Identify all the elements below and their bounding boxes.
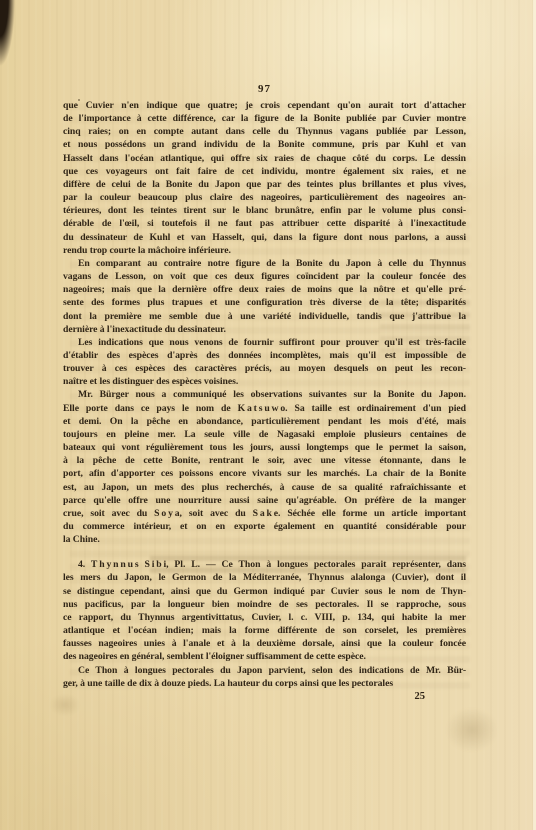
text-line: dernière à l'inexactitude du dessinateur… <box>63 323 466 336</box>
text-line: du commerce intérieur, et on en exporte … <box>63 520 466 533</box>
text-line: atlantique et l'océan indien; mais la fo… <box>63 624 466 637</box>
text-line: Mr. Bürger nous a communiqué les observa… <box>63 388 466 401</box>
text-line: et demi. On la pêche en abondance, parti… <box>63 415 466 428</box>
text-line: et nous possédons un grand individu de l… <box>63 138 466 151</box>
text-line: rendu trop courte la mâchoire inférieure… <box>63 244 466 257</box>
text-line: toujours en pleine mer. La seule ville d… <box>63 428 466 441</box>
text-line: trouver à ces espèces des caractères pré… <box>63 362 466 375</box>
paragraph-2: En comparant au contraire notre figure d… <box>63 257 466 336</box>
text-line: sente des formes plus trapues et une con… <box>63 296 466 309</box>
text-line: Elle porte dans ce pays le nom de K a t … <box>63 402 466 415</box>
text-line: térieures, dont les teintes tirent sur l… <box>63 204 466 217</box>
text-line: la Chine. <box>63 533 466 546</box>
text-line: nus pacificus, par la longueur bien moin… <box>63 598 466 611</box>
text-line: du dessinateur de Kuhl et van Hasselt, q… <box>63 231 466 244</box>
text-line: ger, à une taille de dix à douze pieds. … <box>63 677 466 690</box>
text-line: cinq raies; on en compte autant dans cel… <box>63 125 466 138</box>
text-line: les mers du Japon, le Germon de la Médit… <box>63 571 466 584</box>
text-line: que Cuvier n'en indique que quatre; je c… <box>63 99 466 112</box>
paragraph-1: que Cuvier n'en indique que quatre; je c… <box>63 99 466 257</box>
text-line: dont la première me semble due à une var… <box>63 310 466 323</box>
text-line: naître et les distinguer des espèces voi… <box>63 375 466 388</box>
text-line: des nageoires en général, semblent l'élo… <box>63 650 466 663</box>
signature-number: 25 <box>63 691 466 702</box>
text-line: 4. T h y n n u s S i b i, Pl. L. — Ce Th… <box>63 558 466 571</box>
text-line: de l'importance à cette différence, car … <box>63 112 466 125</box>
text-line: En comparant au contraire notre figure d… <box>63 257 466 270</box>
text-line: port, afin d'apporter ces poissons encor… <box>63 467 466 480</box>
text-line: Ce Thon à longues pectorales du Japon pa… <box>63 664 466 677</box>
text-line: ce rapport, du Thynnus argentivittatus, … <box>63 611 466 624</box>
text-line: par la couleur beaucoup plus claire des … <box>63 191 466 204</box>
text-line: que ces voyageurs ont fait faire de cet … <box>63 165 466 178</box>
paragraph-4: Mr. Bürger nous a communiqué les observa… <box>63 388 466 546</box>
text-line: crue, soit avec du S o y a, soit avec du… <box>63 507 466 520</box>
text-line: d'établir des espèces d'après des donnée… <box>63 349 466 362</box>
text-line: vagans de Lesson, on voit que ces deux f… <box>63 270 466 283</box>
text-line: parce qu'elle offre une nourriture aussi… <box>63 494 466 507</box>
text-line: diffère de celui de la Bonite du Japon q… <box>63 178 466 191</box>
paragraph-3: Les indications que nous venons de fourn… <box>63 336 466 389</box>
book-page: 97 que Cuvier n'en indique que quatre; j… <box>0 0 536 830</box>
text-line: nageoires; mais que la dernière offre de… <box>63 283 466 296</box>
text-line: est, au Japon, un mets des plus recherch… <box>63 481 466 494</box>
text-line: à la pêche de cette Bonite, rentrant le … <box>63 454 466 467</box>
text-line: se distingue cependant, ainsi que du Ger… <box>63 585 466 598</box>
text-line: bateaux qui vont régulièrement tous les … <box>63 441 466 454</box>
text-line: fausses nageoires unies à l'anale et à l… <box>63 637 466 650</box>
paragraph-5: 4. T h y n n u s S i b i, Pl. L. — Ce Th… <box>63 558 466 663</box>
text-line: Les indications que nous venons de fourn… <box>63 336 466 349</box>
scan-corner-shadow <box>0 0 16 70</box>
text-line: Hasselt dans l'océan atlantique, qui off… <box>63 152 466 165</box>
page-number: 97 <box>63 83 466 95</box>
paragraph-6: Ce Thon à longues pectorales du Japon pa… <box>63 664 466 690</box>
text-line: dérable de l'œil, si toutefois il ne fau… <box>63 217 466 230</box>
text-block: que Cuvier n'en indique que quatre; je c… <box>63 99 466 690</box>
stain-smudge <box>446 708 498 752</box>
